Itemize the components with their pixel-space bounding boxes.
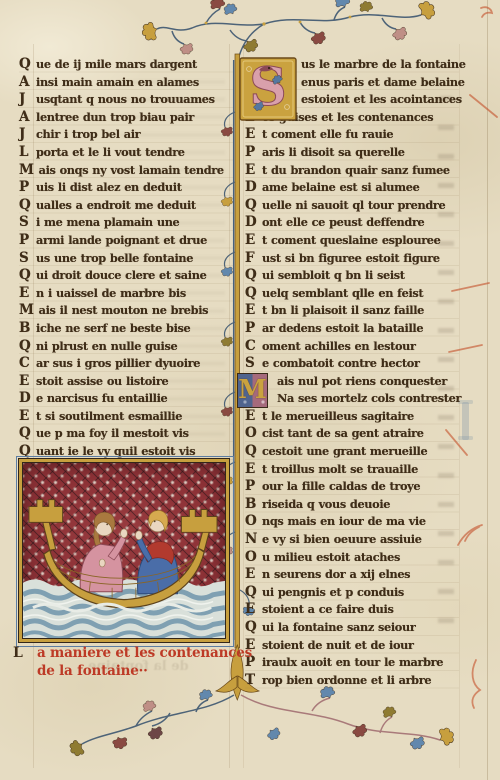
verse-text: estoient et les acointances	[301, 92, 462, 106]
top-border-vine	[141, 0, 438, 60]
verse-text: iche ne serf ne beste bise	[36, 321, 190, 335]
verse-initial: E	[19, 408, 31, 426]
verse-line: Se combatoit contre hector	[245, 355, 459, 373]
verse-text: chir i trop bel air	[36, 127, 140, 141]
verse-line: En i uaissel de marbre bis	[19, 285, 233, 303]
verse-line: Onqs mais en iour de ma vie	[245, 513, 459, 531]
verse-line: Dame belaine est si alumee	[245, 179, 459, 197]
verse-line: Et bn li plaisoit il sanz faille	[245, 302, 459, 320]
verse-initial: Q	[245, 197, 257, 215]
verse-line: Et coment queslaine esplouree	[245, 232, 459, 250]
decorated-initial-m: M	[237, 373, 268, 408]
verse-initial: B	[19, 320, 31, 338]
verse-line: Lporta et le li vout tendre	[19, 144, 233, 162]
verse-text: iraulx auoit en tour le marbre	[262, 655, 443, 669]
figure-man	[135, 510, 178, 593]
verse-text: t coment queslaine esplouree	[262, 233, 440, 247]
verse-initial: Q	[245, 584, 257, 602]
boat-turret-left	[29, 500, 63, 523]
verse-text: ui pengnis et p conduis	[262, 585, 404, 599]
verse-initial: E	[245, 461, 257, 479]
verse-initial: E	[245, 232, 257, 250]
verse-text: stoient de nuit et de iour	[262, 638, 414, 652]
verse-initial: B	[245, 496, 257, 514]
verse-line: Estoient de nuit et de iour	[245, 637, 459, 655]
verse-initial: E	[19, 285, 31, 303]
verse-line: Jusqtant q nous no trouuames	[19, 91, 233, 109]
verse-line: Qui la fontaine sanz seiour	[245, 619, 459, 637]
verse-initial: Q	[245, 285, 257, 303]
verse-text: riseida q vous deuoie	[262, 497, 390, 511]
verse-text: ont elle ce peust deffendre	[262, 215, 424, 229]
verse-initial: E	[245, 601, 257, 619]
verse-initial: S	[19, 250, 31, 268]
verse-line: Quelq semblant qlle en feist	[245, 285, 459, 303]
verse-text: uelle ni sauoit ql tour prendre	[262, 198, 445, 212]
verse-initial: N	[245, 531, 257, 549]
miniature-boat-scene	[19, 459, 229, 642]
verse-text: us une trop belle fontaine	[36, 251, 193, 265]
verse-line: Qualles a endroit me deduit	[19, 197, 233, 215]
verse-text: nqs mais en iour de ma vie	[262, 514, 426, 528]
verse-text: our la fille caldas de troye	[262, 479, 420, 493]
verse-text: ui sembloit q bn li seist	[262, 268, 405, 282]
boat-bow-post	[43, 520, 56, 550]
verse-initial: P	[245, 320, 257, 338]
verse-initial: J	[19, 126, 31, 144]
verse-line: Piraulx auoit en tour le marbre	[245, 654, 459, 672]
verse-line: Par dedens estoit la bataille	[245, 320, 459, 338]
verse-initial: P	[245, 478, 257, 496]
verse-line: Coment achilles en lestour	[245, 338, 459, 356]
verse-line: Ainsi main amain en alames	[19, 74, 233, 92]
right-text-column: us le marbre de la fontaineenus paris et…	[245, 56, 459, 692]
verse-text: t si soutilment esmaillie	[36, 409, 182, 423]
verse-line: Qui pengnis et p conduis	[245, 584, 459, 602]
verse-text: ar dedens estoit la bataille	[262, 321, 423, 335]
bottom-border-vine	[67, 685, 456, 759]
verse-initial: F	[245, 250, 257, 268]
verse-text: ame belaine est si alumee	[262, 180, 419, 194]
initial-s-letter: S	[249, 57, 287, 118]
verse-text: us le marbre de la fontaine	[301, 57, 466, 71]
top-right-red-mark	[481, 7, 492, 17]
verse-initial: Q	[245, 267, 257, 285]
initial-s-art: S	[239, 57, 297, 121]
verse-text: i me mena plamain une	[36, 215, 179, 229]
verse-line: Dont elle ce peust deffendre	[245, 214, 459, 232]
verse-text: ar sus i gros pillier dyuoire	[36, 356, 200, 370]
verse-initial: Q	[245, 619, 257, 637]
verse-initial: D	[245, 179, 257, 197]
verse-initial: L	[19, 144, 31, 162]
verse-initial: M	[19, 162, 34, 180]
verse-text: stoit assise ou listoire	[36, 374, 168, 388]
verse-line: Qcestoit une grant merueille	[245, 443, 459, 461]
verse-initial: P	[19, 179, 31, 197]
verse-text: n seurens dor a xij elnes	[262, 567, 410, 581]
verse-initial: M	[19, 302, 34, 320]
verse-text: ais nul pot riens conquester	[277, 374, 447, 388]
verse-initial: O	[245, 513, 257, 531]
verse-initial: E	[245, 126, 257, 144]
verse-text: e vy si bien oeuure assiuie	[262, 532, 422, 546]
verse-text: uelq semblant qlle en feist	[262, 286, 423, 300]
verse-initial: E	[245, 302, 257, 320]
verse-line: Et du brandon quair sanz fumee	[245, 162, 459, 180]
verse-line: Parmi lande poignant et drue	[19, 232, 233, 250]
verse-line: Briseida q vous deuoie	[245, 496, 459, 514]
verse-line: Quelle ni sauoit ql tour prendre	[245, 197, 459, 215]
verse-line: Estoient a ce faire duis	[245, 601, 459, 619]
boat-scene-art	[23, 463, 225, 638]
verse-initial: Q	[19, 197, 31, 215]
verse-line: Et coment elle fu rauie	[245, 126, 459, 144]
verse-text: insi main amain en alames	[36, 75, 199, 89]
verse-initial: S	[245, 355, 257, 373]
verse-initial: A	[19, 109, 31, 127]
verse-line: Alentree dun trop biau pair	[19, 109, 233, 127]
verse-text: ue de ij mile mars dargent	[36, 57, 197, 71]
verse-text: lentree dun trop biau pair	[36, 110, 194, 124]
verse-line: En seurens dor a xij elnes	[245, 566, 459, 584]
verse-line: Mais il nest mouton ne brebis	[19, 302, 233, 320]
verse-line: ais nul pot riens conquester	[245, 373, 459, 391]
verse-text: rop bien ordonne et li arbre	[262, 673, 431, 687]
verse-line: Sus une trop belle fontaine	[19, 250, 233, 268]
verse-initial: E	[245, 408, 257, 426]
boat-turret-right	[181, 510, 217, 533]
verse-text: aris li disoit sa querelle	[262, 145, 405, 159]
verse-line: Biche ne serf ne beste bise	[19, 320, 233, 338]
verse-line: Ne vy si bien oeuure assiuie	[245, 531, 459, 549]
verse-text: e narcisus fu entaillie	[36, 391, 167, 405]
verse-line: Et le merueilleus sagitaire	[245, 408, 459, 426]
verse-line: Ou milieu estoit ataches	[245, 549, 459, 567]
verse-initial: T	[245, 672, 257, 690]
verse-initial: C	[19, 355, 31, 373]
verse-text: ui la fontaine sanz seiour	[262, 620, 415, 634]
verse-text: t du brandon quair sanz fumee	[262, 163, 450, 177]
caption-marker: L	[13, 645, 23, 661]
verse-initial: O	[245, 425, 257, 443]
verse-text: ui droit douce clere et saine	[36, 268, 206, 282]
verse-initial: D	[245, 214, 257, 232]
caption-line-2: de la fontaine··	[37, 663, 148, 679]
verse-text: usqtant q nous no trouuames	[36, 92, 215, 106]
verse-line: Et troillus molt se trauaille	[245, 461, 459, 479]
verse-initial: O	[245, 549, 257, 567]
verse-initial: E	[245, 566, 257, 584]
verse-text: porta et le li vout tendre	[36, 145, 185, 159]
verse-text: uis li dist alez en deduit	[36, 180, 182, 194]
verse-line: Mais onqs ny vost lamain tendre	[19, 162, 233, 180]
verse-line: Que de ij mile mars dargent	[19, 56, 233, 74]
verse-line: Que p ma foy il mestoit vis	[19, 425, 233, 443]
verse-initial: C	[245, 338, 257, 356]
verse-line: Car sus i gros pillier dyuoire	[19, 355, 233, 373]
verse-line: De narcisus fu entaillie	[19, 390, 233, 408]
left-text-column: Que de ij mile mars dargentAinsi main am…	[19, 56, 233, 462]
verse-line: Na ses mortelz cols contrester	[245, 390, 459, 408]
verse-text: t coment elle fu rauie	[262, 127, 393, 141]
verse-text: ue p ma foy il mestoit vis	[36, 426, 189, 440]
verse-text: ni plrust en nulle guise	[36, 339, 177, 353]
verse-text: u milieu estoit ataches	[262, 550, 400, 564]
verse-text: t troillus molt se trauaille	[262, 462, 418, 476]
verse-initial: S	[19, 214, 31, 232]
verse-initial: Q	[19, 338, 31, 356]
verse-text: n i uaissel de marbre bis	[36, 286, 186, 300]
verse-initial: D	[19, 390, 31, 408]
verse-initial: P	[245, 144, 257, 162]
verse-text: cist tant de sa gent atraire	[262, 426, 424, 440]
caption-line-1: a maniere et les contenances	[37, 645, 252, 661]
verse-initial: J	[19, 91, 31, 109]
verse-text: cestoit une grant merueille	[262, 444, 427, 458]
verse-line: Trop bien ordonne et li arbre	[245, 672, 459, 690]
verse-text: ais il nest mouton ne brebis	[39, 303, 209, 317]
verse-text: Na ses mortelz cols contrester	[277, 391, 461, 405]
verse-line: Qui droit douce clere et saine	[19, 267, 233, 285]
verse-text: enus paris et dame belaine	[301, 75, 465, 89]
verse-line: Paris li disoit sa querelle	[245, 144, 459, 162]
verse-line: Fust si bn figuree estoit figure	[245, 250, 459, 268]
verse-initial: E	[245, 162, 257, 180]
verse-line: Jchir i trop bel air	[19, 126, 233, 144]
verse-text: oment achilles en lestour	[262, 339, 416, 353]
verse-line: Qui sembloit q bn li seist	[245, 267, 459, 285]
verse-line: Si me mena plamain une	[19, 214, 233, 232]
verse-text: stoient a ce faire duis	[262, 602, 393, 616]
verse-text: t le merueilleus sagitaire	[262, 409, 414, 423]
verse-line: Ocist tant de sa gent atraire	[245, 425, 459, 443]
verse-initial: Q	[19, 56, 31, 74]
verse-text: t bn li plaisoit il sanz faille	[262, 303, 424, 317]
verse-line: Puis li dist alez en deduit	[19, 179, 233, 197]
verse-text: ais onqs ny vost lamain tendre	[39, 163, 224, 177]
verse-initial: E	[19, 373, 31, 391]
verse-initial: A	[19, 74, 31, 92]
manuscript-page: de la fontaine	[0, 0, 500, 780]
verse-line: Estoit assise ou listoire	[19, 373, 233, 391]
verse-text: ust si bn figuree estoit figure	[262, 251, 440, 265]
verse-initial: Q	[19, 425, 31, 443]
verse-initial: Q	[245, 443, 257, 461]
verse-text: armi lande poignant et drue	[36, 233, 207, 247]
verse-line: Pour la fille caldas de troye	[245, 478, 459, 496]
figure-woman	[80, 512, 127, 591]
verse-text: e combatoit contre hector	[262, 356, 420, 370]
decorated-initial-s: S	[239, 57, 297, 121]
verse-text: ualles a endroit me deduit	[36, 198, 196, 212]
verse-initial: Q	[19, 267, 31, 285]
verse-line: Qni plrust en nulle guise	[19, 338, 233, 356]
verse-line: Et si soutilment esmaillie	[19, 408, 233, 426]
verse-initial: P	[19, 232, 31, 250]
